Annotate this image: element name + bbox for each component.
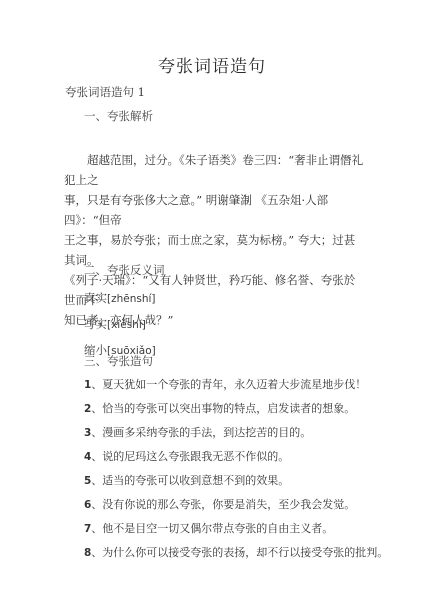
antonym-pinyin: [zhēnshí]: [107, 293, 156, 305]
antonym-item: 写实[xiěshí]: [84, 316, 146, 332]
section-heading-antonyms: 二、夸张反义词: [84, 262, 165, 278]
sentence-text: 、漫画多采纳夸张的手法，到达挖苦的目的。: [91, 426, 311, 439]
sentence-text: 、他不是目空一切又偶尔带点夸张的自由主义者。: [91, 522, 333, 535]
sentence-item: 7、他不是目空一切又偶尔带点夸张的自由主义者。: [84, 520, 333, 536]
sentence-text: 、为什么你可以接受夸张的表扬，却不行以接受夸张的批判。: [91, 546, 388, 559]
sentence-item: 3、漫画多采纳夸张的手法，到达挖苦的目的。: [84, 424, 311, 440]
paragraph-line: 超越范围，过分。《朱子语类》卷三四：“奢非止谓僭礼犯上之: [64, 150, 364, 190]
section-heading-sentences: 三、夸张造句: [84, 353, 153, 369]
sentence-item: 8、为什么你可以接受夸张的表扬，却不行以接受夸张的批判。: [84, 544, 388, 560]
document-title: 夸张词语造句: [0, 52, 424, 77]
document-subtitle: 夸张词语造句 1: [65, 84, 145, 100]
antonym-item: 真实[zhēnshí]: [84, 290, 156, 306]
sentence-text: 、夏天犹如一个夸张的青年，永久迈着大步流星地步伐！: [91, 378, 366, 391]
sentence-item: 5、适当的夸张可以收到意想不到的效果。: [84, 472, 289, 488]
sentence-text: 、恰当的夸张可以突出事物的特点，启发读者的想象。: [91, 402, 355, 415]
sentence-item: 6、没有你说的那么夸张，你要是消失，至少我会发觉。: [84, 496, 355, 512]
antonym-word: 真实: [84, 291, 107, 305]
document-page: 夸张词语造句 夸张词语造句 1 一、夸张解析 超越范围，过分。《朱子语类》卷三四…: [0, 0, 424, 600]
section-heading-analysis: 一、夸张解析: [84, 108, 153, 124]
paragraph-line: 事，只是有夸张侈大之意。” 明谢肇淛 《五杂俎·人部四》：“但帝: [64, 190, 364, 230]
sentence-item: 4、说的尼玛这么夸张跟我无恶不作似的。: [84, 448, 289, 464]
antonym-word: 写实: [84, 317, 107, 331]
sentence-text: 、没有你说的那么夸张，你要是消失，至少我会发觉。: [91, 498, 355, 511]
sentence-text: 、说的尼玛这么夸张跟我无恶不作似的。: [91, 450, 289, 463]
sentence-item: 1、夏天犹如一个夸张的青年，永久迈着大步流星地步伐！: [84, 376, 366, 392]
sentence-text: 、适当的夸张可以收到意想不到的效果。: [91, 474, 289, 487]
antonym-pinyin: [xiěshí]: [107, 319, 146, 331]
sentence-item: 2、恰当的夸张可以突出事物的特点，启发读者的想象。: [84, 400, 355, 416]
